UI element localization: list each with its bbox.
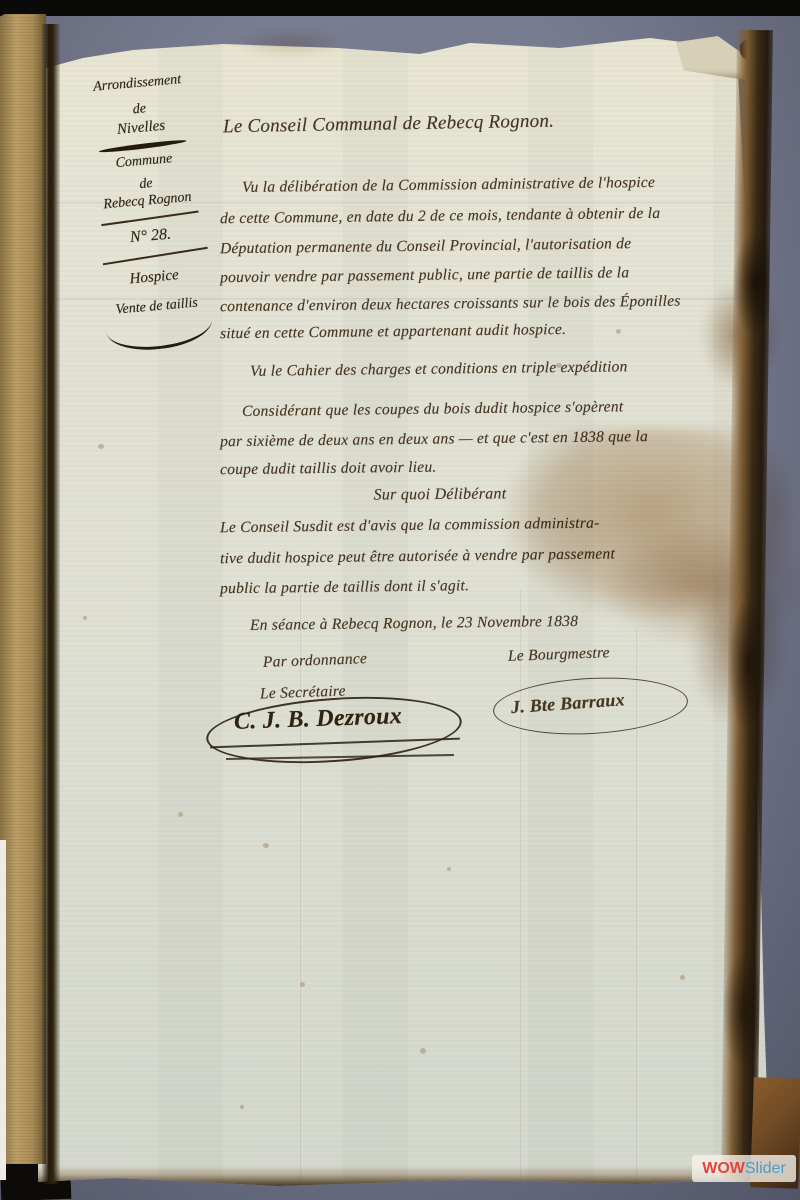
foxing-spot xyxy=(447,867,451,871)
par-ordonnance-label: Par ordonnance xyxy=(263,650,368,672)
cover-highlight xyxy=(0,840,6,1180)
foxing-spot xyxy=(680,975,685,980)
shadow-bottom-bar xyxy=(0,0,800,16)
book-page: Arrondissement de Nivelles Commune de Re… xyxy=(38,30,783,1186)
foxing-spot xyxy=(178,812,183,817)
book-gutter-shadow xyxy=(42,24,60,1184)
watermark-wow-text: WOW xyxy=(702,1160,745,1178)
fold-crease xyxy=(520,590,523,1182)
foxing-spot xyxy=(240,1105,244,1109)
photograph-of-manuscript: Arrondissement de Nivelles Commune de Re… xyxy=(0,0,800,1200)
bourgmestre-label: Le Bourgmestre xyxy=(508,644,610,666)
deliberation-heading: Sur quoi Délibérant xyxy=(220,484,660,506)
wowslider-watermark[interactable]: WOWSlider xyxy=(692,1155,796,1182)
book-cover-edge xyxy=(0,14,46,1164)
watermark-slider-text: Slider xyxy=(745,1160,786,1178)
foxing-spot xyxy=(83,616,87,620)
foxing-spot xyxy=(300,982,305,987)
foxing-spot xyxy=(98,444,104,449)
bourgmestre-signature: J. Bte Barraux xyxy=(492,673,690,739)
foxing-spot xyxy=(420,1048,426,1054)
secretaire-signature: C. J. B. Dezroux xyxy=(206,694,466,780)
fold-crease xyxy=(300,585,303,1183)
foxing-spot xyxy=(263,843,269,848)
